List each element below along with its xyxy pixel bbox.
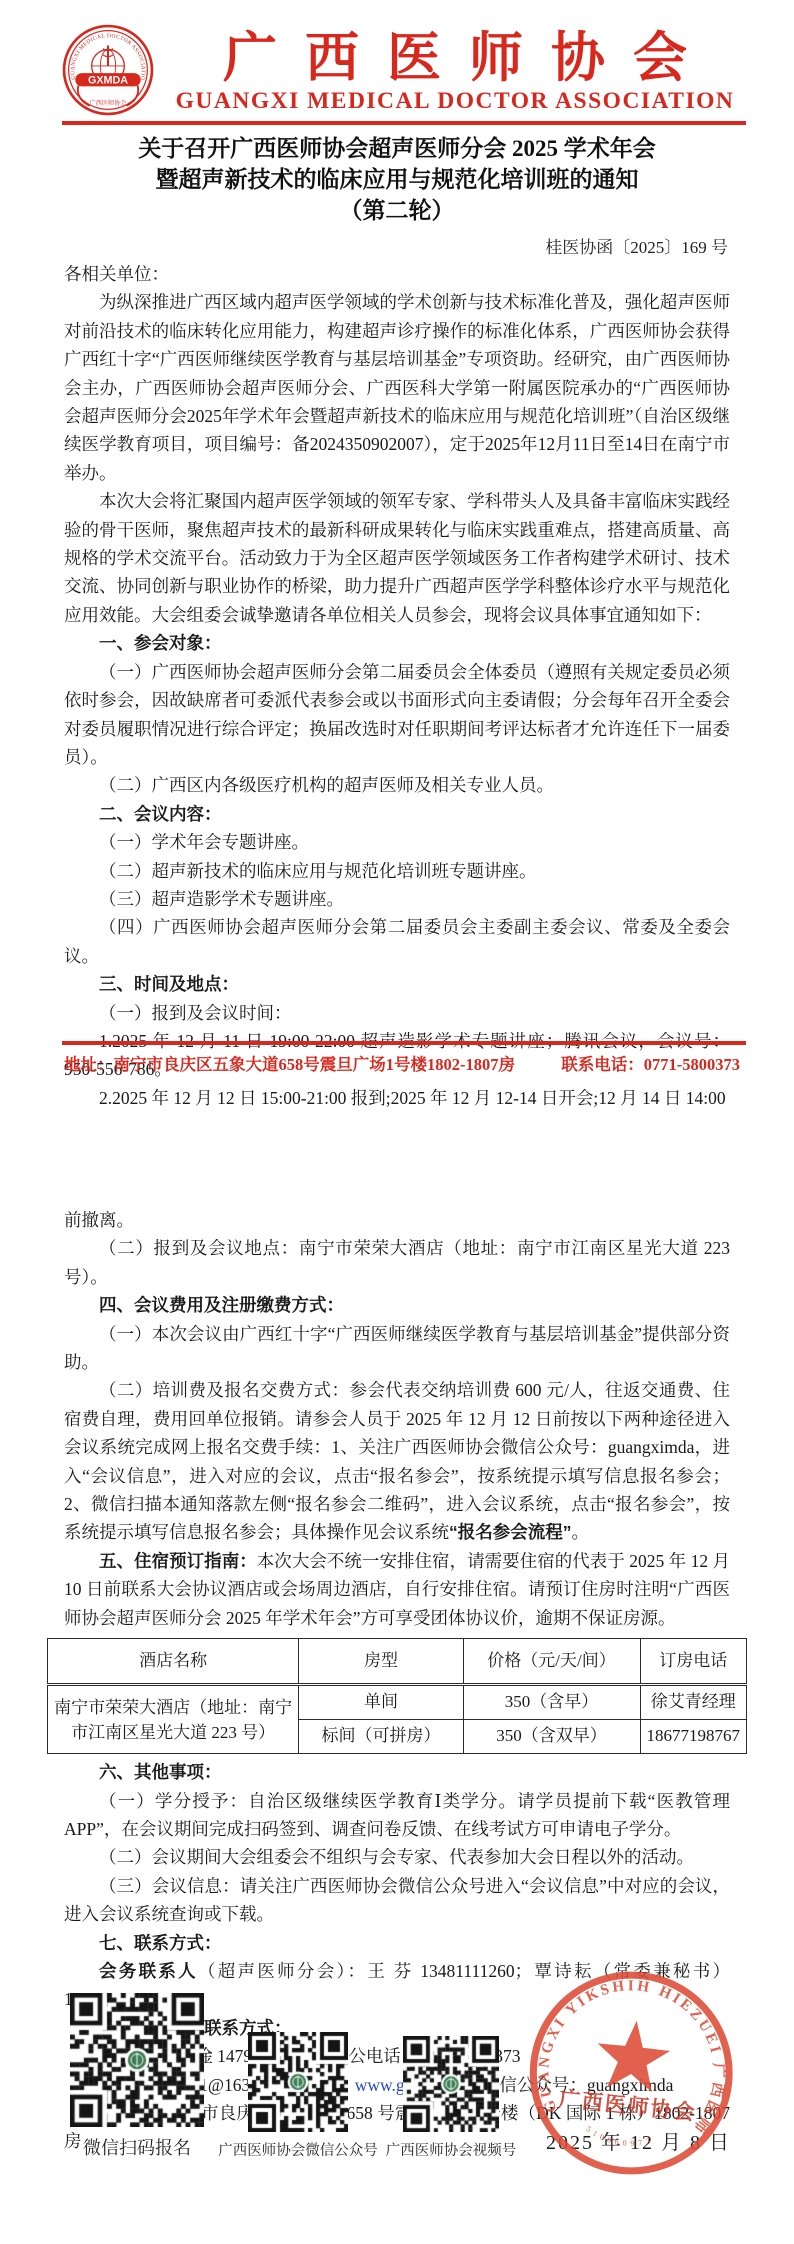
- qr-signup-block: 微信扫码报名: [62, 1998, 212, 2160]
- booking-cell: 18677198767: [640, 1720, 747, 1754]
- col-header-price: 价格（元/天/间）: [463, 1639, 640, 1685]
- section-4-heading: 四、会议费用及注册缴费方式：: [64, 1291, 730, 1319]
- col-header-room: 房型: [299, 1639, 463, 1685]
- section-2-heading: 二、会议内容：: [64, 800, 730, 828]
- qr-video-channel-label: 广西医师协会视频号: [386, 2139, 517, 2160]
- section-4-item-1: （一）本次会议由广西红十字“广西医师继续医学教育与基层培训基金”提供部分资助。: [64, 1320, 730, 1377]
- price-cell: 350（含双早）: [463, 1720, 640, 1754]
- section-4-item-2-text: （二）培训费及报名交费方式：参会代表交纳培训费 600 元/人，往返交通费、住宿…: [64, 1380, 730, 1542]
- signup-flow-emphasis: “报名参会流程”: [449, 1522, 572, 1542]
- col-header-hotel: 酒店名称: [48, 1639, 299, 1685]
- table-row: 南宁市荣荣大酒店（地址：南宁市江南区星光大道 223 号） 单间 350（含早）…: [48, 1685, 747, 1720]
- section-5-paragraph: 五、住宿预订指南：本次大会不统一安排住宿，请需要住宿的代表于 2025 年 12…: [64, 1547, 730, 1632]
- title-line-3: （第二轮）: [64, 195, 730, 226]
- section-5-heading: 五、住宿预订指南：: [99, 1551, 257, 1571]
- hotel-table-header-row: 酒店名称 房型 价格（元/天/间） 订房电话: [48, 1639, 747, 1685]
- seal-star-icon: [593, 2017, 673, 2094]
- qr-signup-code: [70, 1993, 204, 2127]
- hotel-name-cell: 南宁市荣荣大酒店（地址：南宁市江南区星光大道 223 号）: [48, 1685, 299, 1754]
- page1-footer: 地址：南宁市良庆区五象大道658号震旦广场1号楼1802-1807房 联系电话：…: [64, 1051, 740, 1075]
- qr-video-channel-code: [403, 2036, 499, 2132]
- conference-contact-label: 会务联系人: [99, 1961, 198, 1981]
- section-6-item-3: （三）会议信息：请关注广西医师协会微信公众号进入“会议信息”中对应的会议，进入会…: [64, 1872, 730, 1929]
- intro-paragraph-2: 本次大会将汇聚国内超声医学领域的领军专家、学科带头人及具备丰富临床实践经验的骨干…: [64, 487, 730, 629]
- section-6-heading: 六、其他事项：: [64, 1758, 730, 1786]
- section-2-item-3: （三）超声造影学术专题讲座。: [64, 885, 730, 913]
- header-divider: [62, 121, 746, 125]
- document-number: 桂医协函〔2025〕169 号: [545, 233, 728, 258]
- section-3-item-1: （一）报到及会议时间：: [64, 999, 730, 1027]
- document-header: GUANGXI MEDICAL DOCTOR ASSOCIATION GXMDA…: [62, 24, 744, 118]
- room-type-cell: 单间: [299, 1685, 463, 1720]
- booking-cell: 徐艾青经理: [640, 1685, 747, 1720]
- section-7-heading: 七、联系方式：: [64, 1929, 730, 1957]
- notice-document: GUANGXI MEDICAL DOCTOR ASSOCIATION GXMDA…: [0, 0, 794, 2244]
- svg-text:GXMDA: GXMDA: [88, 74, 128, 86]
- section-2-item-4: （四）广西医师协会超声医师分会第二届委员会主委副主委会议、常委及全委会议。: [64, 913, 730, 970]
- price-cell: 350（含早）: [463, 1685, 640, 1720]
- qr-wechat-official-code: [248, 2032, 348, 2132]
- footer-divider: [62, 1041, 746, 1045]
- section-3-item-3: 2.2025 年 12 月 12 日 15:00-21:00 报到;2025 年…: [64, 1084, 730, 1112]
- section-2-item-1: （一）学术年会专题讲座。: [64, 828, 730, 856]
- qr-wechat-official-label: 广西医师协会微信公众号: [218, 2139, 378, 2160]
- section-4-item-2: （二）培训费及报名交费方式：参会代表交纳培训费 600 元/人，往返交通费、住宿…: [64, 1376, 730, 1546]
- continued-line: 前撤离。: [64, 1206, 730, 1234]
- svg-text:广西医师协会: 广西医师协会: [90, 99, 127, 107]
- qr-wechat-official-block: 广西医师协会微信公众号: [236, 2028, 360, 2160]
- salutation: 各相关单位：: [64, 260, 730, 288]
- page1-body: 各相关单位： 为纵深推进广西区域内超声医学领域的学术创新与技术标准化普及，强化超…: [64, 260, 730, 1112]
- association-logo-icon: GUANGXI MEDICAL DOCTOR ASSOCIATION GXMDA…: [62, 24, 154, 116]
- intro-paragraph-1: 为纵深推进广西区域内超声医学领域的学术创新与技术标准化普及，强化超声医师对前沿技…: [64, 288, 730, 487]
- section-2-item-2: （二）超声新技术的临床应用与规范化培训班专题讲座。: [64, 857, 730, 885]
- section-1-item-2: （二）广西区内各级医疗机构的超声医师及相关专业人员。: [64, 771, 730, 799]
- document-title: 关于召开广西医师协会超声医师分会 2025 学术年会 暨超声新技术的临床应用与规…: [64, 133, 730, 226]
- section-1-item-1: （一）广西医师协会超声医师分会第二届委员会全体委员（遵照有关规定委员必须依时参会…: [64, 658, 730, 772]
- svg-text:510060973: 510060973: [583, 2124, 656, 2151]
- col-header-booking: 订房电话: [640, 1639, 747, 1685]
- section-1-heading: 一、参会对象：: [64, 629, 730, 657]
- qr-video-channel-block: 广西医师协会视频号: [392, 2032, 510, 2160]
- footer-phone: 联系电话：0771-5800373: [561, 1051, 740, 1075]
- footer-address: 地址：南宁市良庆区五象大道658号震旦广场1号楼1802-1807房: [64, 1051, 515, 1075]
- official-seal: GUANGXI YIKSHIH HIEZUEI 广西医师协会 510060973…: [509, 1953, 753, 2197]
- title-line-1: 关于召开广西医师协会超声医师分会 2025 学术年会: [64, 133, 730, 164]
- title-line-2: 暨超声新技术的临床应用与规范化培训班的通知: [64, 164, 730, 195]
- hotel-table: 酒店名称 房型 价格（元/天/间） 订房电话 南宁市荣荣大酒店（地址：南宁市江南…: [47, 1638, 747, 1754]
- room-type-cell: 标间（可拼房）: [299, 1720, 463, 1754]
- venue-line: （二）报到及会议地点：南宁市荣荣大酒店（地址：南宁市江南区星光大道 223 号）…: [64, 1234, 730, 1291]
- org-name-en: GUANGXI MEDICAL DOCTOR ASSOCIATION: [176, 88, 735, 114]
- section-6-item-1: （一）学分授予：自治区级继续医学教育Ⅰ类学分。请学员提前下载“医教管理APP”，…: [64, 1787, 730, 1844]
- section-3-heading: 三、时间及地点：: [64, 970, 730, 998]
- org-name-cn: 广西医师协会: [195, 28, 715, 88]
- section-6-item-2: （二）会议期间大会组委会不组织与会专家、代表参加大会日程以外的活动。: [64, 1843, 730, 1871]
- section-4-item-2-end: 。: [572, 1522, 590, 1542]
- qr-signup-label: 微信扫码报名: [83, 2134, 191, 2160]
